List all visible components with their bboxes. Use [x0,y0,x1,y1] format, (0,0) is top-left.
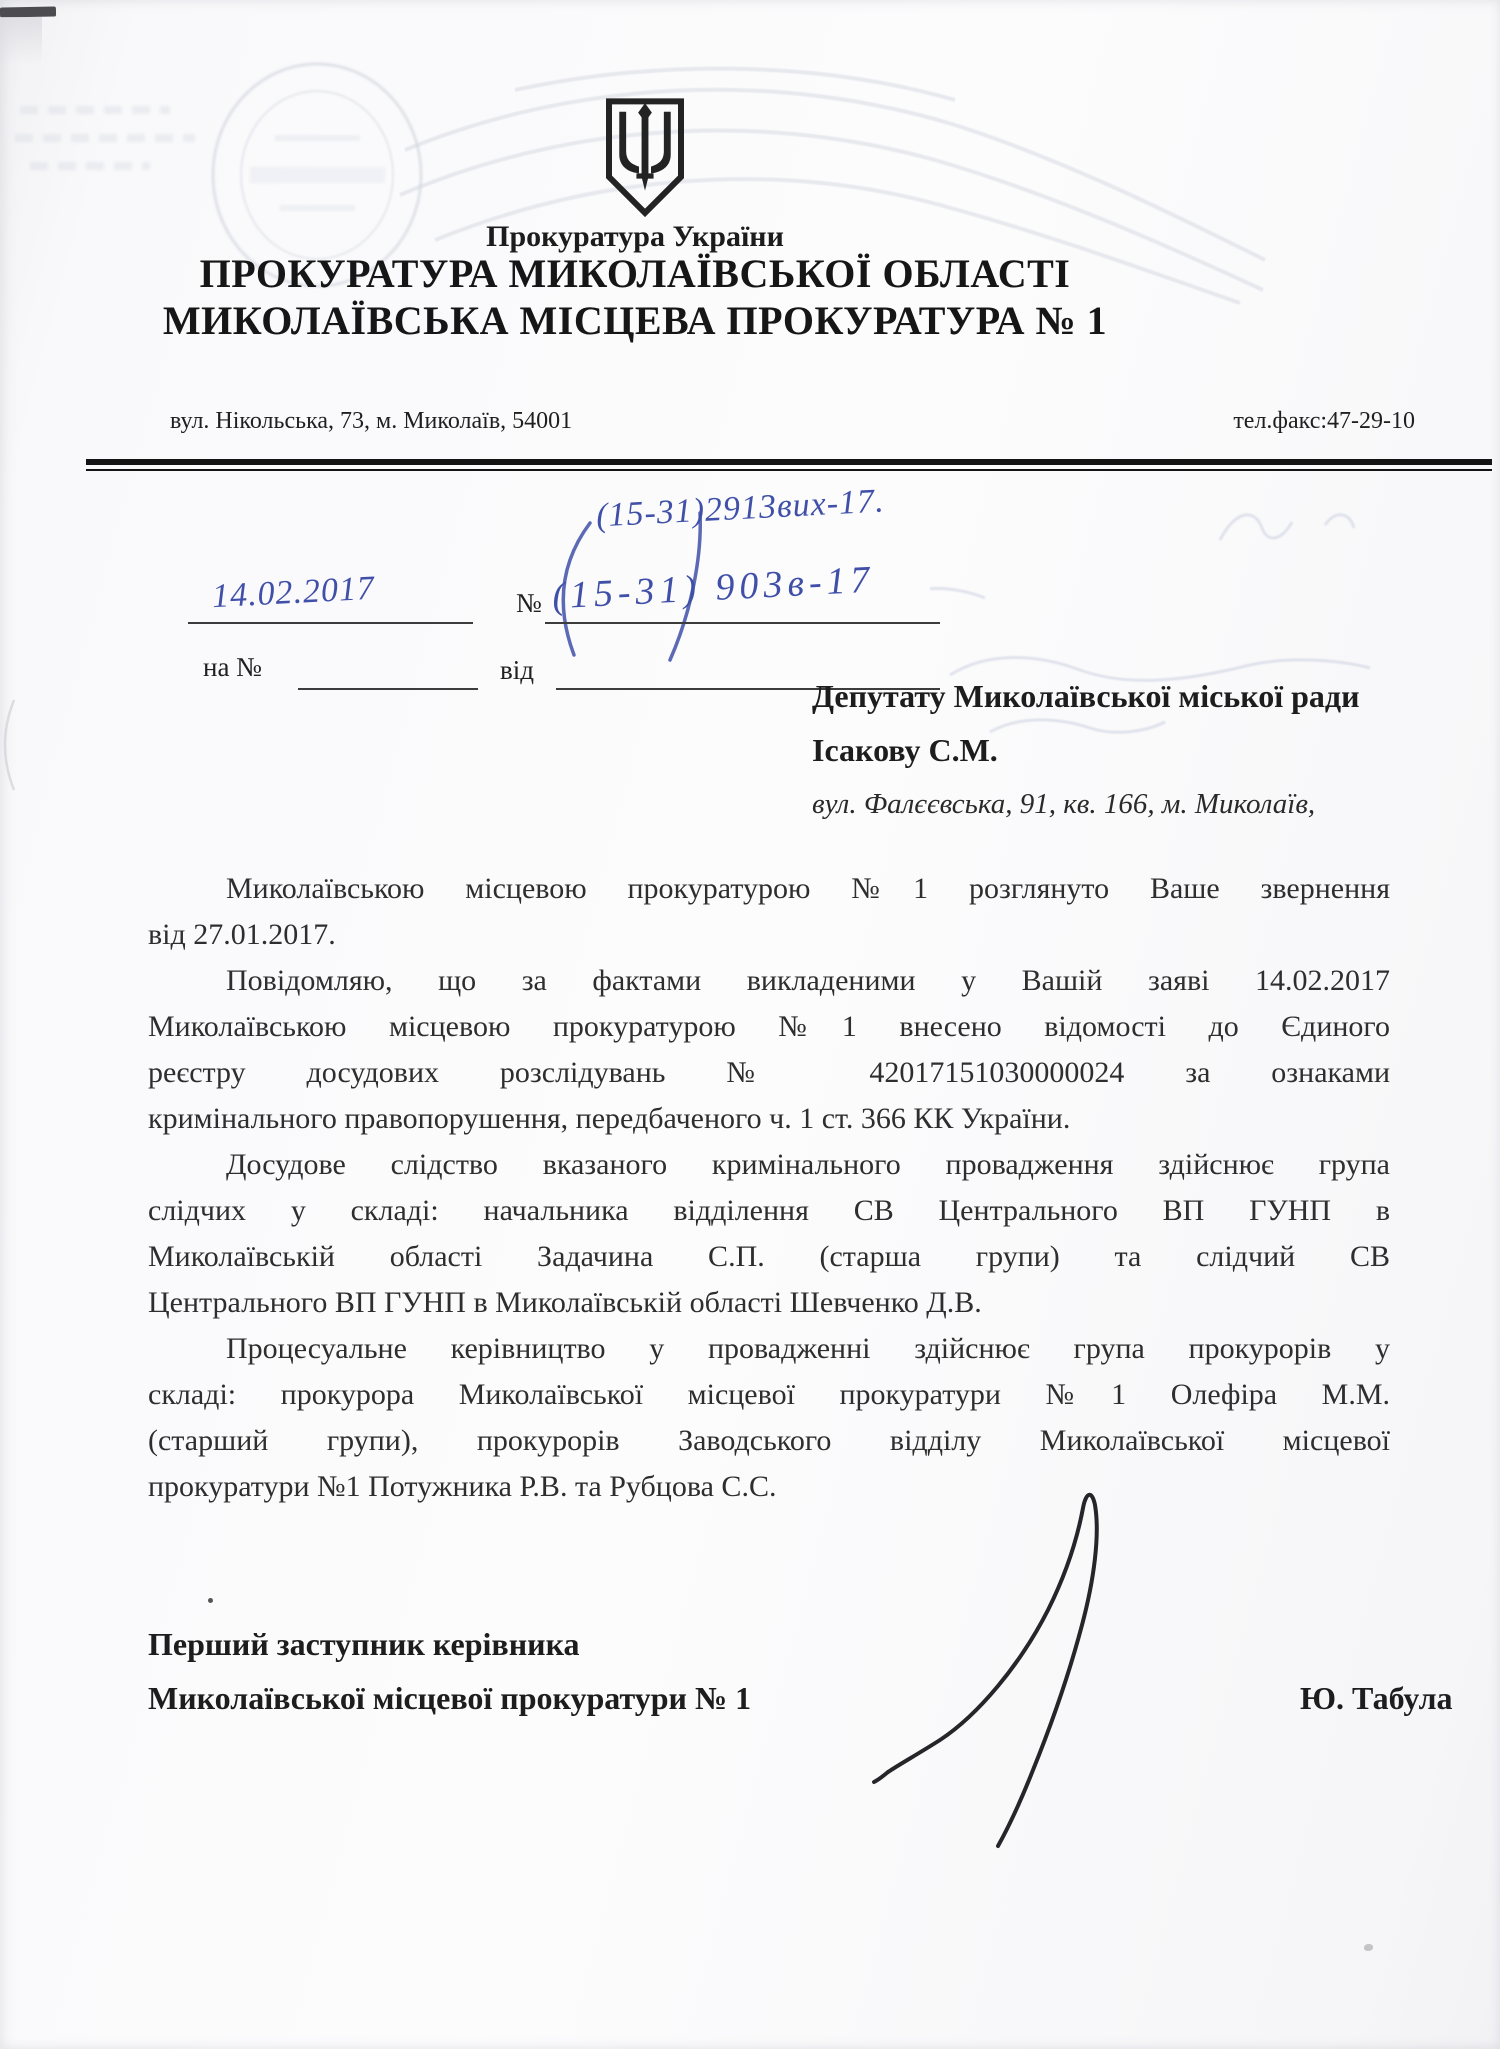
from-label: від [500,655,534,686]
org-address: вул. Нікольська, 73, м. Миколаїв, 54001 [170,408,572,435]
recipient-line1: Депутату Миколаївської міської ради [812,678,1412,732]
ukraine-trident-emblem [600,98,690,218]
body-line: реєстру досудових розслідувань № 4201715… [148,1050,1390,1096]
body-line: Центрального ВП ГУНП в Миколаївській обл… [148,1280,1390,1326]
body-line: (старший групи), прокурорів Заводського … [148,1418,1390,1464]
body-line: Повідомляю, що за фактами викладеними у … [148,958,1390,1004]
signer-name: Ю. Табула [1300,1680,1453,1717]
body-line: прокуратури №1 Потужника Р.В. та Рубцова… [148,1464,1390,1510]
date-underline [188,622,473,624]
recipient-block: Депутату Миколаївської міської ради Ісак… [812,678,1412,821]
body-line: Миколаївською місцевою прокуратурою №1 р… [148,866,1390,912]
body-line: від 27.01.2017. [148,912,1390,958]
org-name-line2: МИКОЛАЇВСЬКА МІСЦЕВА ПРОКУРАТУРА № 1 [85,297,1185,344]
signer-position-line2: Миколаївської місцевої прокуратури № 1 [148,1680,751,1717]
reply-to-label: на № [203,652,262,683]
scanned-letter-page: Прокуратура України ПРОКУРАТУРА МИКОЛАЇВ… [0,0,1500,2049]
body-line: кримінального правопорушення, передбачен… [148,1096,1390,1142]
scan-speck [1364,1944,1373,1951]
signature-mark [870,1450,1170,1870]
ink-dot-artifact [208,1598,213,1603]
recipient-line2: Ісакову С.М. [812,732,1412,786]
recipient-address: вул. Фалєєвська, 91, кв. 166, м. Миколаї… [812,788,1412,821]
body-line: складі: прокурора Миколаївської місцевої… [148,1372,1390,1418]
org-phone: тел.факс:47-29-10 [1233,408,1415,435]
paper-fold-mark [0,695,20,795]
number-label: № [516,588,542,619]
letterhead-contact-row: вул. Нікольська, 73, м. Миколаїв, 54001 … [170,408,1415,435]
body-line: слідчих у складі: начальника відділення … [148,1188,1390,1234]
org-name-line1: ПРОКУРАТУРА МИКОЛАЇВСЬКОЇ ОБЛАСТІ [85,250,1185,297]
org-country-line: Прокуратура України [85,220,1185,254]
handwritten-date: 14.02.2017 [211,570,376,616]
body-line: Миколаївською місцевою прокуратурою №1 в… [148,1004,1390,1050]
body-line: Процесуальне керівництво у провадженні з… [148,1326,1390,1372]
scan-artifact-smudge [0,17,42,65]
letter-body: Миколаївською місцевою прокуратурою №1 р… [148,866,1390,1510]
body-line: Миколаївській області Задачина С.П. (ста… [148,1234,1390,1280]
paren-flourish [548,455,728,665]
body-line: Досудове слідство вказаного кримінальног… [148,1142,1390,1188]
scan-artifact-bar [0,7,56,18]
number-underline [545,622,940,624]
ghost-ink-bleed [10,80,220,200]
signer-position-line1: Перший заступник керівника [148,1626,580,1663]
reply-to-underline [298,688,478,690]
